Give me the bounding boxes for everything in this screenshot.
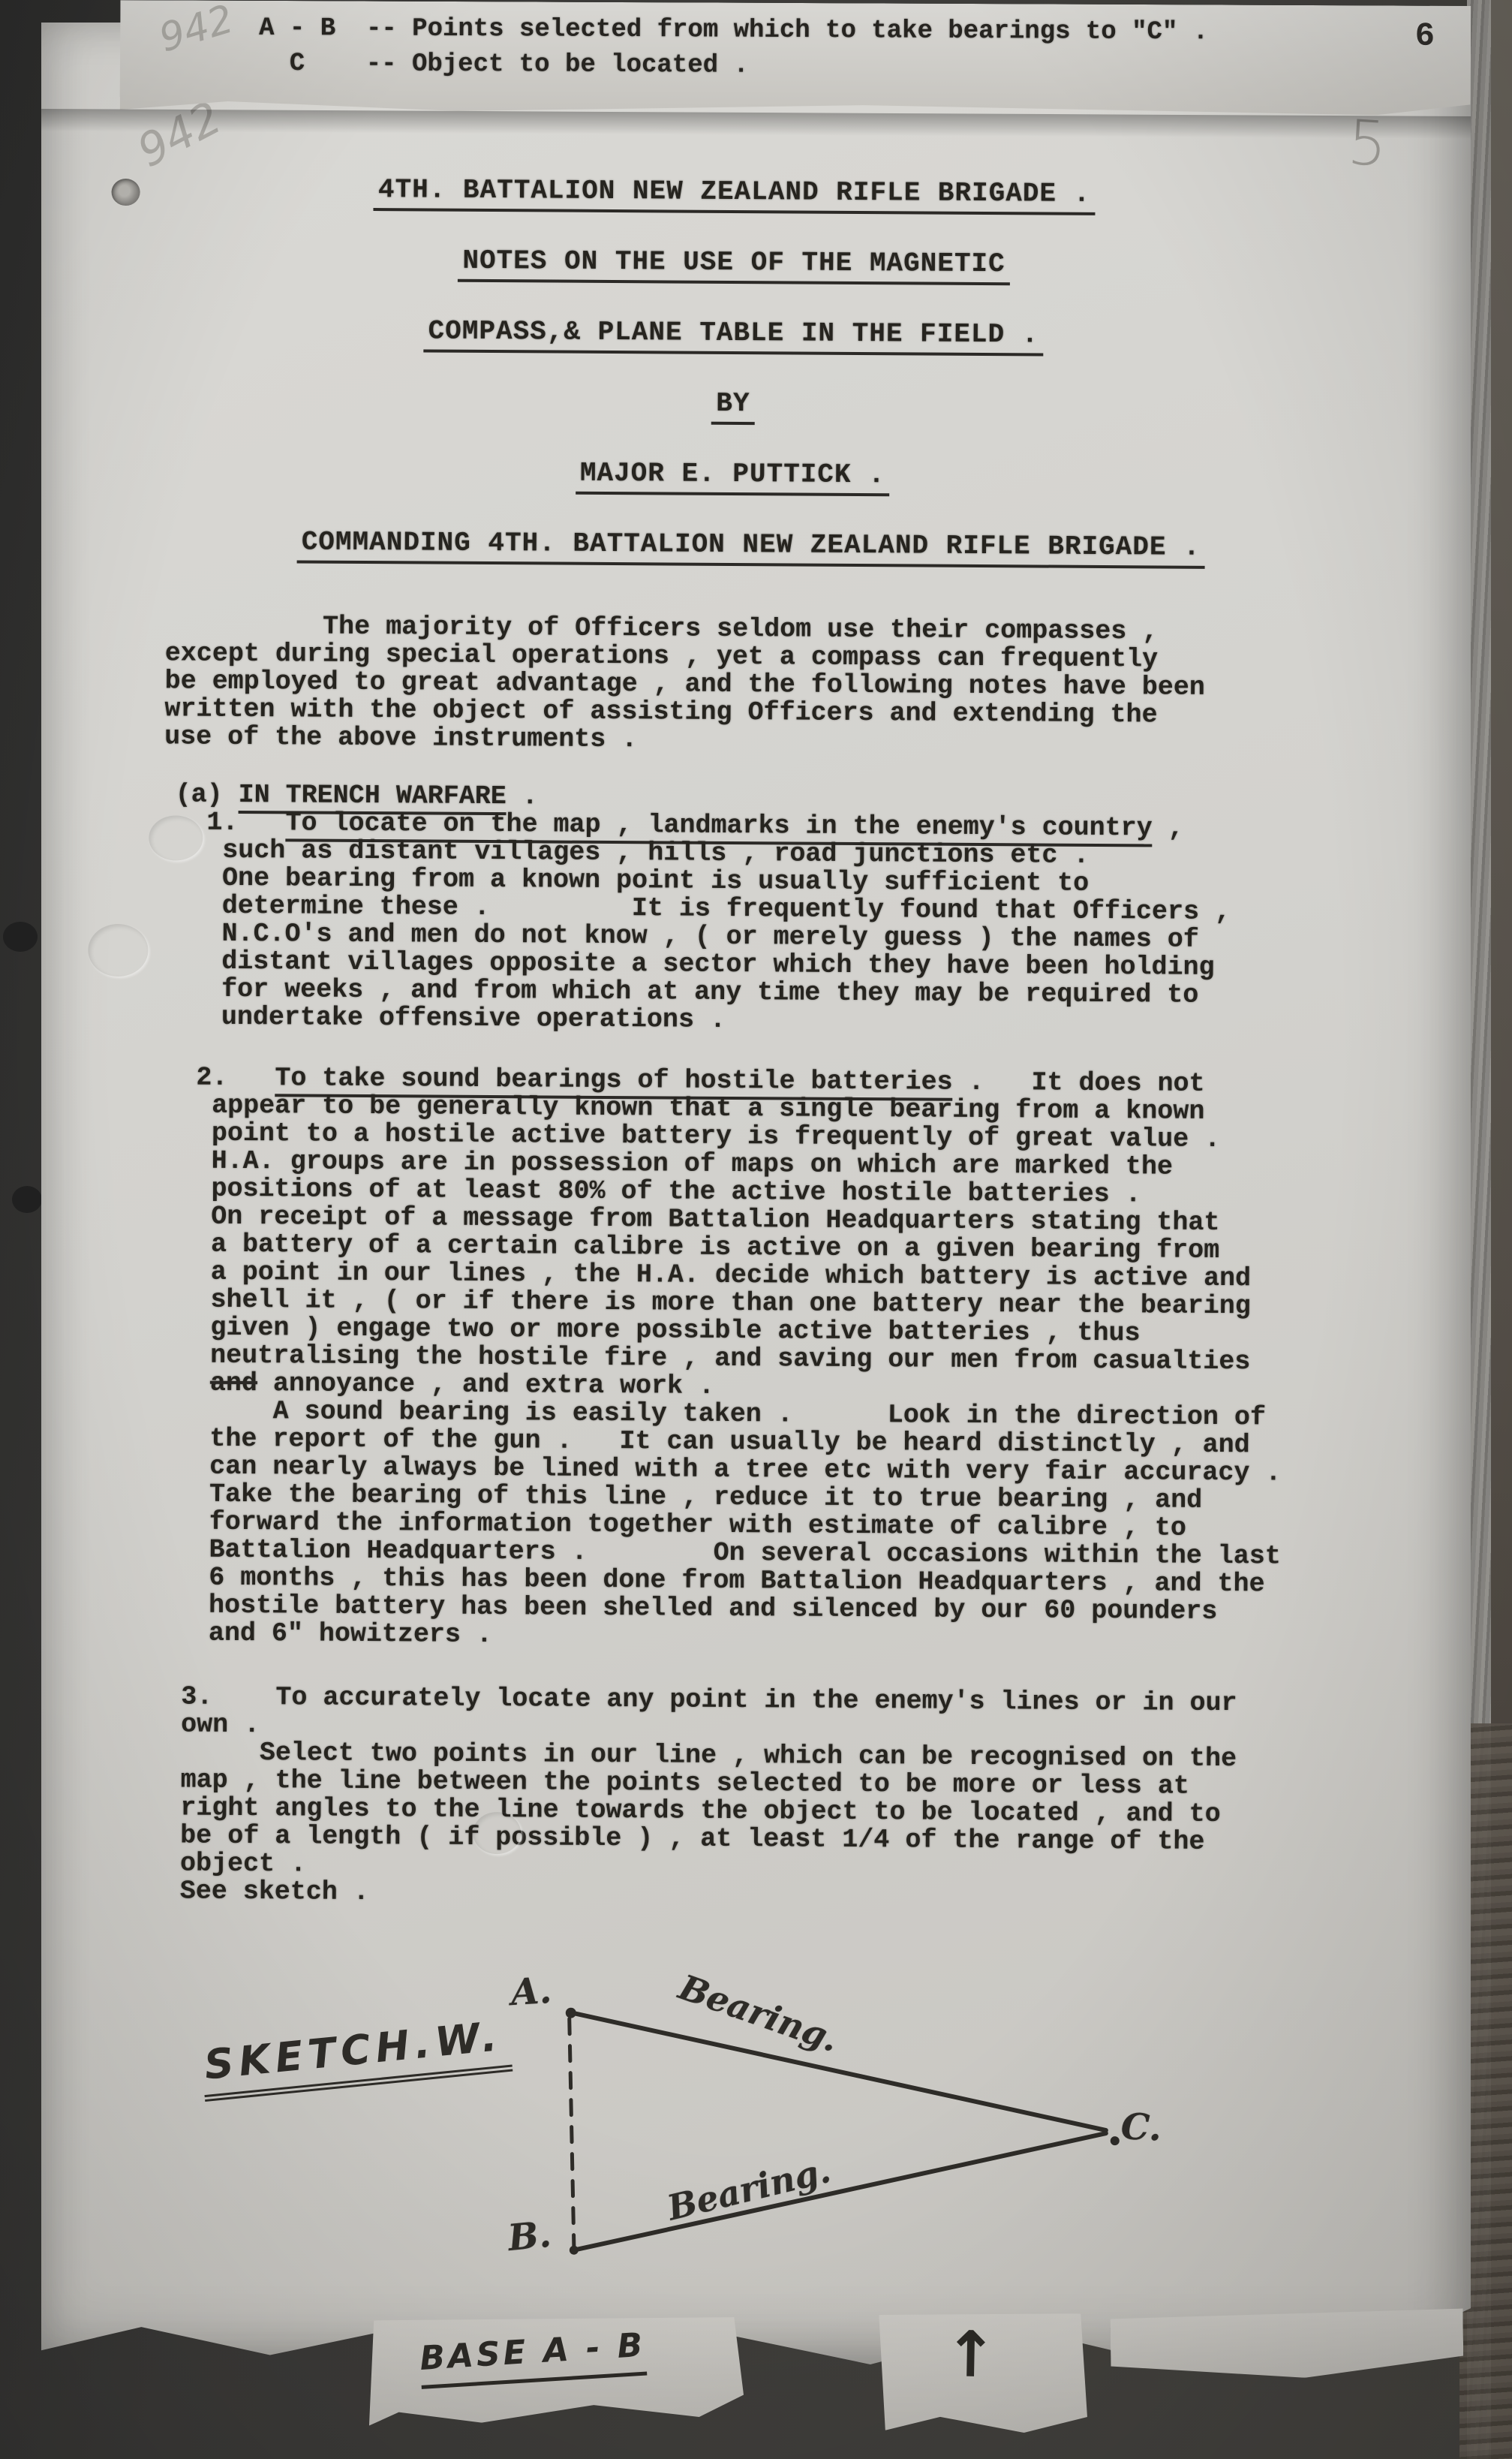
item-2-sound-bearings: 2. To take sound bearings of hostile bat…	[193, 1064, 1465, 1655]
up-arrow-icon: ↑	[944, 2317, 998, 2391]
title-line: NOTES ON THE USE OF THE MAGNETIC	[299, 245, 1169, 286]
legend-line-1: A - B -- Points selected from which to t…	[259, 11, 1471, 52]
prev-page-number: 6	[1415, 18, 1435, 56]
title-line: BY	[298, 386, 1168, 427]
torn-fragment	[1111, 2309, 1464, 2380]
paper-emboss	[473, 1812, 521, 1854]
title-line: COMPASS,& PLANE TABLE IN THE FIELD .	[298, 315, 1168, 357]
photo-background: 942 5 4TH. BATTALION NEW ZEALAND RIFLE B…	[0, 0, 1512, 2459]
point-c-dot	[1111, 2136, 1120, 2145]
base-line-a-b	[568, 2019, 576, 2247]
section-a-trench-warfare: (a) IN TRENCH WARFARE . 1. To locate on …	[174, 781, 1466, 1039]
page-content: 942 5 4TH. BATTALION NEW ZEALAND RIFLE B…	[27, 19, 1471, 2370]
backing-hole	[12, 1186, 42, 1213]
point-b-dot	[570, 2246, 579, 2255]
paper-emboss	[149, 815, 203, 860]
paper-emboss	[88, 924, 148, 977]
point-c-label: C.	[1120, 2105, 1162, 2149]
point-b-label: B.	[506, 2214, 553, 2259]
intro-paragraph: The majority of Officers seldom use thei…	[164, 612, 1467, 759]
title-line: COMMANDING 4TH. BATTALION NEW ZEALAND RI…	[297, 527, 1168, 568]
torn-fragment-arrow: ↑	[877, 2310, 1090, 2434]
point-a-label: A.	[510, 1970, 552, 2014]
typed-body: The majority of Officers seldom use thei…	[30, 611, 1467, 1913]
title-block: 4TH. BATTALION NEW ZEALAND RIFLE BRIGADE…	[297, 174, 1170, 568]
bearing-line-b-c	[574, 2130, 1106, 2253]
base-annotation: BASE A - B	[419, 2326, 648, 2389]
title-line: 4TH. BATTALION NEW ZEALAND RIFLE BRIGADE…	[299, 174, 1169, 215]
legend-line-2: C -- Object to be located .	[259, 47, 1471, 87]
item-3-locate-point: 3. To accurately locate any point in the…	[180, 1684, 1461, 1913]
backing-hole	[3, 922, 38, 952]
torn-fragment-base-note: BASE A - B	[366, 2310, 744, 2425]
title-line: MAJOR E. PUTTICK .	[297, 456, 1168, 498]
previous-page-strip: A - B -- Points selected from which to t…	[120, 0, 1471, 116]
punch-hole	[111, 179, 140, 206]
document-page: 942 5 4TH. BATTALION NEW ZEALAND RIFLE B…	[41, 23, 1471, 2364]
point-a-dot	[566, 2008, 576, 2018]
